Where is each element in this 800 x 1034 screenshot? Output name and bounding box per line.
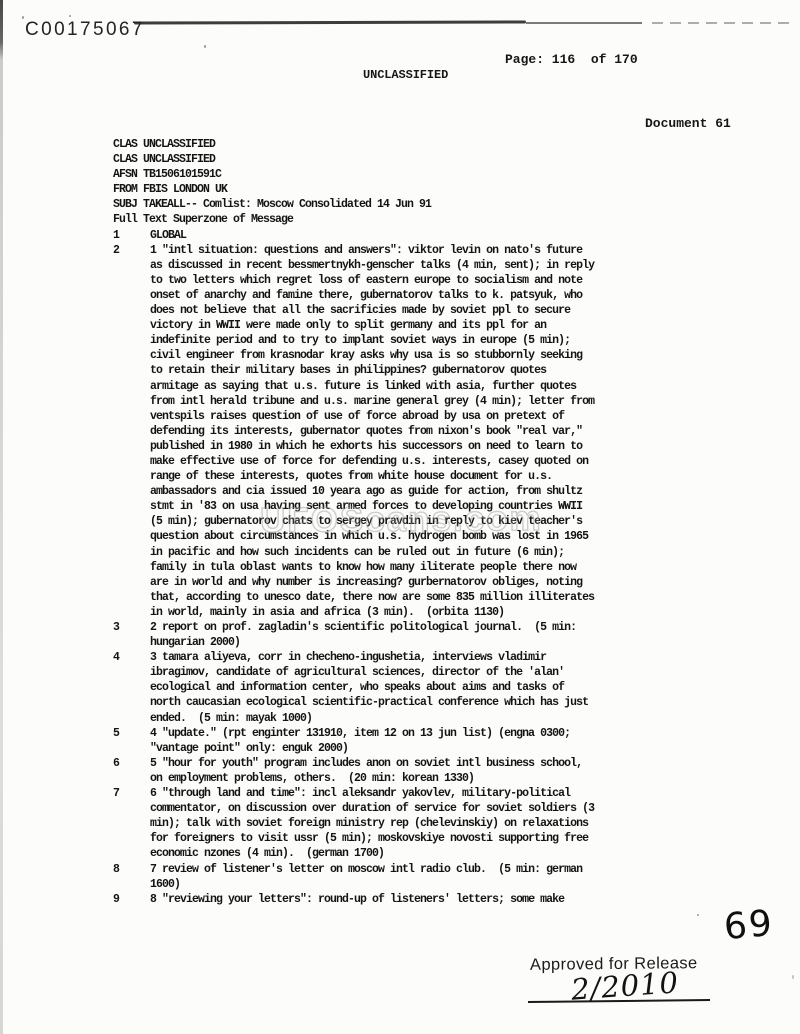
classification-banner: UNCLASSIFIED	[363, 68, 448, 82]
paragraph-text: 1 "intl situation: questions and answers…	[150, 243, 620, 620]
page-number-label: Page: 116 of 170	[505, 52, 638, 67]
handwritten-page-marker: 69	[722, 903, 775, 948]
paragraph-number: 4	[113, 650, 150, 665]
paragraph-text: 6 "through land and time": incl aleksand…	[150, 786, 620, 861]
paragraph: 8 7 review of listener's letter on mosco…	[113, 862, 623, 892]
scan-speck	[792, 975, 794, 979]
paragraph: 4 3 tamara aliyeva, corr in checheno-ing…	[113, 650, 623, 725]
paragraph-text: 8 "reviewing your letters": round-up of …	[150, 892, 620, 907]
paragraph-number: 9	[113, 892, 150, 907]
paragraph-text: 5 "hour for youth" program includes anon…	[150, 756, 620, 786]
header-line-clas-2: CLAS UNCLASSIFIED	[113, 152, 623, 167]
paragraph: 3 2 report on prof. zagladin's scientifi…	[113, 620, 623, 650]
header-line-clas-1: CLAS UNCLASSIFIED	[113, 137, 623, 152]
paragraph: 9 8 "reviewing your letters": round-up o…	[113, 892, 623, 907]
scan-streak-artifact	[652, 22, 790, 24]
header-line-afsn: AFSN TB1506101591C	[113, 167, 623, 182]
paragraph-text: 7 review of listener's letter on moscow …	[150, 862, 620, 892]
paragraph: 2 1 "intl situation: questions and answe…	[113, 243, 623, 620]
paragraph: 5 4 "update." (rpt enginter 131910, item…	[113, 726, 623, 756]
paragraph-number: 5	[113, 726, 150, 741]
paragraph: 6 5 "hour for youth" program includes an…	[113, 756, 623, 786]
paragraph-number: 2	[113, 243, 150, 258]
header-line-from: FROM FBIS LONDON UK	[113, 182, 623, 197]
scan-speck	[22, 16, 24, 19]
scanned-document-page: C00175067 Page: 116 of 170 UNCLASSIFIED …	[0, 0, 800, 1034]
paragraph-text: GLOBAL	[150, 228, 620, 243]
document-number-label: Document 61	[645, 116, 731, 131]
paragraph: 1 GLOBAL	[113, 228, 623, 243]
paragraph-number: 7	[113, 786, 150, 801]
scan-speck	[69, 15, 71, 17]
scan-streak-artifact	[526, 22, 642, 24]
paragraph-number: 8	[113, 862, 150, 877]
scan-speck	[697, 914, 699, 916]
paragraph-text: 3 tamara aliyeva, corr in checheno-ingus…	[150, 650, 620, 725]
paragraph-text: 2 report on prof. zagladin's scientific …	[150, 620, 620, 650]
header-line-superzone: Full Text Superzone of Message	[113, 212, 623, 227]
paragraph-number: 6	[113, 756, 150, 771]
site-watermark: UFOScans.com	[260, 499, 543, 541]
scan-speck	[204, 45, 206, 48]
scan-edge-artifact	[0, 0, 3, 1034]
paragraph-number: 1	[113, 228, 150, 243]
paragraph: 7 6 "through land and time": incl aleksa…	[113, 786, 623, 861]
paragraph-number: 3	[113, 620, 150, 635]
paragraph-text: 4 "update." (rpt enginter 131910, item 1…	[150, 726, 620, 756]
scan-streak-artifact	[134, 20, 526, 24]
document-reference-number: C00175067	[25, 19, 145, 41]
header-line-subj: SUBJ TAKEALL-- Comlist: Moscow Consolida…	[113, 197, 623, 212]
